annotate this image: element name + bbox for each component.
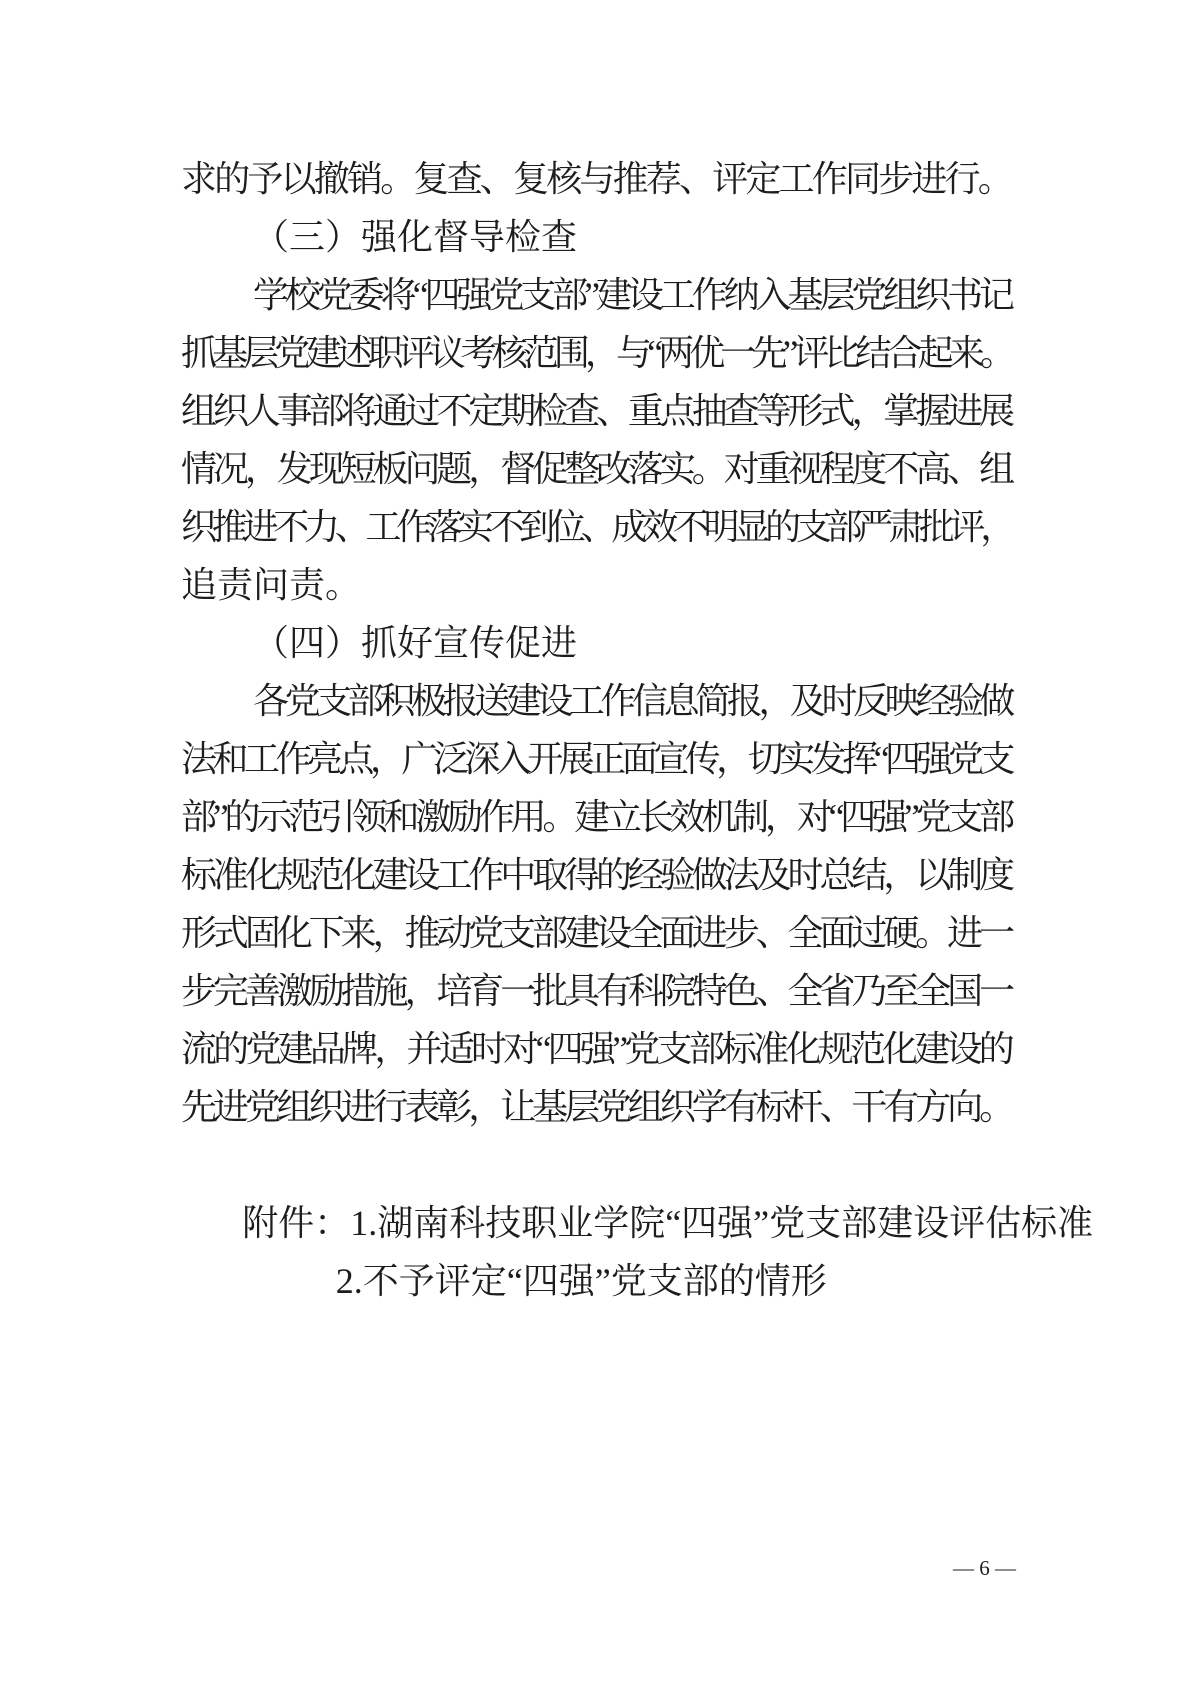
text-line: 织推进不力、工作落实不到位、成效不明显的支部严肃批评， (181, 498, 1011, 556)
text-line: 追责问责。 (181, 556, 1011, 614)
text-line: 形式固化下来，推动党支部建设全面进步、全面过硬。进一 (181, 904, 1011, 962)
document-page: 求的予以撤销。复查、复核与推荐、评定工作同步进行。（三）强化督导检查学校党委将“… (0, 0, 1191, 1684)
text-line: 流的党建品牌，并适时对“四强”党支部标准化规范化建设的 (181, 1020, 1011, 1078)
text-line: 法和工作亮点，广泛深入开展正面宣传，切实发挥“四强党支 (181, 730, 1011, 788)
attachment-line: 附件：1.湖南科技职业学院“四强”党支部建设评估标准 (181, 1194, 1011, 1252)
text-line: 先进党组织进行表彰，让基层党组织学有标杆、干有方向。 (181, 1078, 1011, 1136)
attachment-line: 2.不予评定“四强”党支部的情形 (181, 1252, 1011, 1310)
text-line: 求的予以撤销。复查、复核与推荐、评定工作同步进行。 (181, 150, 1011, 208)
section-heading: （四）抓好宣传促进 (181, 614, 1011, 672)
text-line: 标准化规范化建设工作中取得的经验做法及时总结，以制度 (181, 846, 1011, 904)
page-number: — 6 — (953, 1554, 1016, 1582)
text-line: 情况，发现短板问题，督促整改落实。对重视程度不高、组 (181, 440, 1011, 498)
text-line: 抓基层党建述职评议考核范围，与“两优一先”评比结合起来。 (181, 324, 1011, 382)
document-body: 求的予以撤销。复查、复核与推荐、评定工作同步进行。（三）强化督导检查学校党委将“… (181, 150, 1011, 1310)
text-line: 各党支部积极报送建设工作信息简报，及时反映经验做 (181, 672, 1011, 730)
blank-line (181, 1136, 1011, 1194)
section-heading: （三）强化督导检查 (181, 208, 1011, 266)
text-line: 组织人事部将通过不定期检查、重点抽查等形式，掌握进展 (181, 382, 1011, 440)
text-line: 步完善激励措施，培育一批具有科院特色、全省乃至全国一 (181, 962, 1011, 1020)
text-line: 学校党委将“四强党支部”建设工作纳入基层党组织书记 (181, 266, 1011, 324)
text-line: 部”的示范引领和激励作用。建立长效机制，对“四强”党支部 (181, 788, 1011, 846)
